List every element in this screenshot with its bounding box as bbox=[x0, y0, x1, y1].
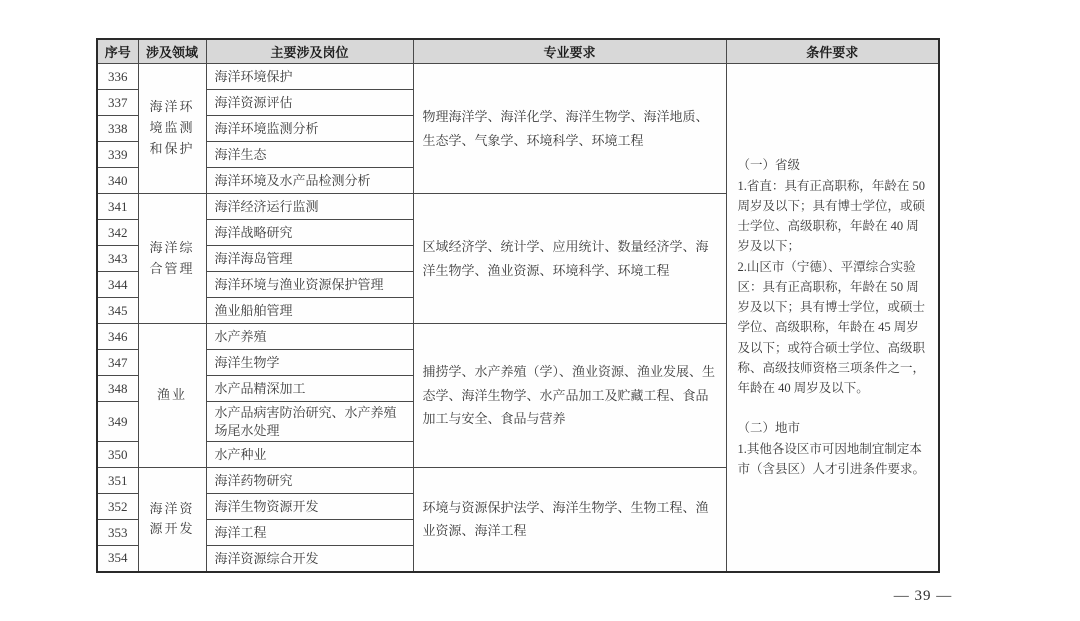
serial-cell: 349 bbox=[97, 402, 138, 442]
major-cell: 捕捞学、水产养殖（学）、渔业资源、渔业发展、生态学、海洋生物学、水产品加工及贮藏… bbox=[413, 324, 726, 468]
header-conditions: 条件要求 bbox=[726, 39, 939, 64]
major-cell: 环境与资源保护法学、海洋生物学、生物工程、渔业资源、海洋工程 bbox=[413, 468, 726, 572]
position-cell: 海洋环境保护 bbox=[206, 64, 413, 90]
position-cell: 海洋生物资源开发 bbox=[206, 494, 413, 520]
conditions-heading-province: （一）省级 bbox=[738, 155, 928, 175]
header-major: 专业要求 bbox=[413, 39, 726, 64]
position-cell: 海洋药物研究 bbox=[206, 468, 413, 494]
position-cell: 海洋工程 bbox=[206, 520, 413, 546]
document-page: 序号 涉及领域 主要涉及岗位 专业要求 条件要求 336 海洋环境监测和保护 海… bbox=[0, 0, 1080, 621]
position-cell: 海洋生物学 bbox=[206, 350, 413, 376]
serial-cell: 353 bbox=[97, 520, 138, 546]
conditions-paragraph: 1.其他各设区市可因地制宜制定本市（含县区）人才引进条件要求。 bbox=[738, 439, 928, 480]
field-cell: 海洋综合管理 bbox=[138, 194, 206, 324]
serial-cell: 351 bbox=[97, 468, 138, 494]
position-cell: 海洋海岛管理 bbox=[206, 246, 413, 272]
recruitment-table: 序号 涉及领域 主要涉及岗位 专业要求 条件要求 336 海洋环境监测和保护 海… bbox=[96, 38, 940, 573]
serial-cell: 342 bbox=[97, 220, 138, 246]
serial-cell: 350 bbox=[97, 442, 138, 468]
serial-cell: 345 bbox=[97, 298, 138, 324]
serial-cell: 346 bbox=[97, 324, 138, 350]
position-cell: 水产养殖 bbox=[206, 324, 413, 350]
conditions-heading-city: （二）地市 bbox=[738, 418, 928, 438]
serial-cell: 338 bbox=[97, 116, 138, 142]
serial-cell: 348 bbox=[97, 376, 138, 402]
major-cell: 区域经济学、统计学、应用统计、数量经济学、海洋生物学、渔业资源、环境科学、环境工… bbox=[413, 194, 726, 324]
field-cell: 海洋环境监测和保护 bbox=[138, 64, 206, 194]
conditions-paragraph: 1.省直：具有正高职称，年龄在 50 周岁及以下；具有博士学位，或硕士学位、高级… bbox=[738, 176, 928, 257]
conditions-cell: （一）省级 1.省直：具有正高职称，年龄在 50 周岁及以下；具有博士学位，或硕… bbox=[726, 64, 939, 572]
serial-cell: 344 bbox=[97, 272, 138, 298]
serial-cell: 352 bbox=[97, 494, 138, 520]
serial-cell: 337 bbox=[97, 90, 138, 116]
major-cell: 物理海洋学、海洋化学、海洋生物学、海洋地质、生态学、气象学、环境科学、环境工程 bbox=[413, 64, 726, 194]
position-cell: 渔业船舶管理 bbox=[206, 298, 413, 324]
serial-cell: 354 bbox=[97, 546, 138, 572]
serial-cell: 339 bbox=[97, 142, 138, 168]
position-cell: 海洋生态 bbox=[206, 142, 413, 168]
position-cell: 海洋资源评估 bbox=[206, 90, 413, 116]
serial-cell: 336 bbox=[97, 64, 138, 90]
table-row: 336 海洋环境监测和保护 海洋环境保护 物理海洋学、海洋化学、海洋生物学、海洋… bbox=[97, 64, 939, 90]
header-position: 主要涉及岗位 bbox=[206, 39, 413, 64]
position-cell: 水产品病害防治研究、水产养殖场尾水处理 bbox=[206, 402, 413, 442]
position-cell: 海洋经济运行监测 bbox=[206, 194, 413, 220]
position-cell: 水产种业 bbox=[206, 442, 413, 468]
position-cell: 海洋环境监测分析 bbox=[206, 116, 413, 142]
serial-cell: 343 bbox=[97, 246, 138, 272]
position-cell: 水产品精深加工 bbox=[206, 376, 413, 402]
conditions-paragraph: 2.山区市（宁德）、平潭综合实验区：具有正高职称，年龄在 50 周岁及以下；具有… bbox=[738, 257, 928, 399]
serial-cell: 341 bbox=[97, 194, 138, 220]
serial-cell: 340 bbox=[97, 168, 138, 194]
field-cell: 海洋资源开发 bbox=[138, 468, 206, 572]
serial-cell: 347 bbox=[97, 350, 138, 376]
table-header-row: 序号 涉及领域 主要涉及岗位 专业要求 条件要求 bbox=[97, 39, 939, 64]
position-cell: 海洋战略研究 bbox=[206, 220, 413, 246]
page-number: — 39 — bbox=[868, 588, 978, 605]
position-cell: 海洋环境与渔业资源保护管理 bbox=[206, 272, 413, 298]
field-cell: 渔业 bbox=[138, 324, 206, 468]
position-cell: 海洋环境及水产品检测分析 bbox=[206, 168, 413, 194]
header-serial: 序号 bbox=[97, 39, 138, 64]
header-field: 涉及领域 bbox=[138, 39, 206, 64]
position-cell: 海洋资源综合开发 bbox=[206, 546, 413, 572]
